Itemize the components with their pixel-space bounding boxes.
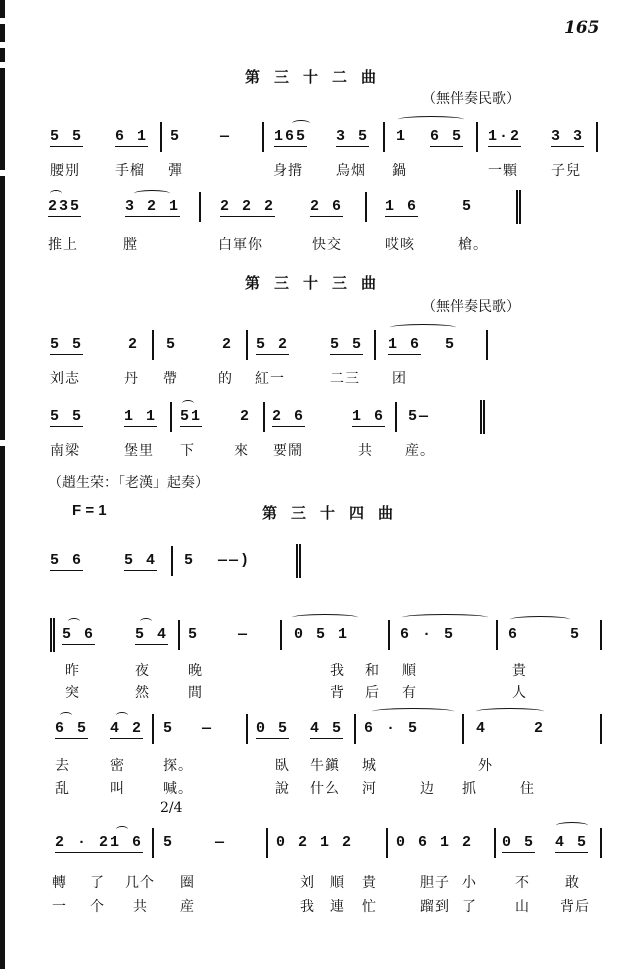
- barline: [246, 330, 248, 360]
- dash: —: [202, 720, 213, 737]
- lyric: 貴: [362, 872, 377, 892]
- note-with-fermata: 5: [462, 198, 473, 215]
- lyric: 一: [52, 896, 67, 916]
- page-number: 165: [564, 18, 600, 38]
- note-group: 6 5: [430, 128, 463, 147]
- slur: [50, 190, 62, 197]
- note-group: 5 4: [124, 552, 157, 571]
- note-group: 165: [274, 128, 307, 147]
- lyric: 烏烟: [336, 160, 366, 180]
- note-group: 5 5: [330, 336, 363, 355]
- dash: —: [220, 128, 231, 145]
- lyric: 我: [300, 896, 315, 916]
- lyric: 不: [515, 872, 530, 892]
- edge-gap: [0, 42, 5, 48]
- note-group: 3 3: [551, 128, 584, 147]
- note: 2: [222, 336, 233, 353]
- lyric: 背: [330, 682, 345, 702]
- lyric: 連: [330, 896, 345, 916]
- note-group: 0 5 1: [294, 626, 349, 643]
- lyric: 産。: [405, 440, 435, 460]
- barline: [171, 546, 173, 576]
- lyric: 人: [512, 682, 527, 702]
- barline: [374, 330, 376, 360]
- note: 5: [188, 626, 199, 643]
- barline: [462, 714, 464, 744]
- note: 6: [508, 626, 519, 643]
- barline: [395, 402, 397, 432]
- barline: [266, 828, 268, 858]
- notation-line: 235 3 2 1 2 2 2 2 6 1 6 5: [0, 198, 640, 228]
- barline: [600, 828, 602, 858]
- note-group: 0 5: [256, 720, 289, 739]
- lyric: 堡里: [124, 440, 154, 460]
- lyric: 城: [362, 755, 377, 775]
- lyric: 要鬧: [273, 440, 303, 460]
- lyric: 胆子: [420, 872, 450, 892]
- lyric: 的: [218, 368, 233, 388]
- note-group: 0 5: [502, 834, 535, 853]
- final-barline: [296, 544, 301, 578]
- note-group: 1 6: [388, 336, 421, 355]
- barline: [263, 402, 265, 432]
- notation-line: 5 5 6 1 5 — 165 3 5 1 6 5 1·2 3 3: [0, 128, 640, 158]
- lyric: 后: [365, 682, 380, 702]
- song-subtitle: （無伴奏民歌）: [422, 88, 520, 108]
- note-group: 1: [396, 128, 407, 145]
- note-group: 0 2 1 2: [276, 834, 353, 851]
- song-title: 第三十三曲: [245, 272, 390, 293]
- notation-line: 2 · 2 1 6 5 — 0 2 1 2 0 6 1 2 0 5 4 5: [0, 834, 640, 864]
- slur: [476, 708, 544, 715]
- notation-line: 5 5 1 1 51 2 2 6 1 6 5—: [0, 408, 640, 438]
- lyric: 探。: [163, 755, 193, 775]
- note-group: 3 2 1: [125, 198, 180, 217]
- edge-gap: [0, 170, 5, 176]
- slur: [134, 190, 170, 197]
- note-group: 5 5: [50, 408, 83, 427]
- notation-line: 5 6 5 4 5 ——): [0, 552, 640, 582]
- lyric: 乱: [55, 778, 70, 798]
- dash: ——): [218, 552, 251, 569]
- lyric: 敢: [565, 872, 580, 892]
- final-barline: [516, 190, 521, 224]
- dash: —: [238, 626, 249, 643]
- barline: [152, 714, 154, 744]
- lyric: 刘: [300, 872, 315, 892]
- note-group: 3 5: [336, 128, 369, 147]
- note-with-dash: 5—: [408, 408, 430, 425]
- barline: [280, 620, 282, 650]
- note-group: 5 6: [50, 552, 83, 571]
- edge-gap: [0, 440, 5, 446]
- lyric: 腰別: [50, 160, 80, 180]
- lyric: 哎咳: [385, 234, 415, 254]
- lyric: 和: [365, 660, 380, 680]
- lyric: 丹: [124, 368, 139, 388]
- lyric: 南梁: [50, 440, 80, 460]
- lyric: 彈: [168, 160, 183, 180]
- lyric: 圈: [180, 872, 195, 892]
- key-signature: F = 1: [72, 502, 107, 519]
- lyric: 手榴: [115, 160, 145, 180]
- note-group: 1 1: [124, 408, 157, 427]
- song-title: 第三十四曲: [262, 502, 407, 523]
- lyric: 共: [133, 896, 148, 916]
- note-group: 6 · 5: [400, 626, 455, 643]
- note-group: 2 2 2: [220, 198, 275, 217]
- repeat-start-barline: [50, 618, 55, 652]
- lyric: 轉: [52, 872, 67, 892]
- slur: [60, 712, 72, 719]
- barline: [476, 122, 478, 152]
- lyric: 叫: [110, 778, 125, 798]
- note-group: 5 6: [62, 626, 95, 645]
- note: 5: [445, 336, 456, 353]
- note-group: 5 5: [50, 128, 83, 147]
- lyric: 河: [362, 778, 377, 798]
- note-group: 1·2: [488, 128, 521, 147]
- barline: [160, 122, 162, 152]
- note-group: 6 1: [115, 128, 148, 147]
- barline: [170, 402, 172, 432]
- note-group: 5 4: [135, 626, 168, 645]
- performer-note: （趙生荣：「老漢」起奏）: [48, 472, 209, 492]
- note-group: 5 2: [256, 336, 289, 355]
- lyric: 子兒: [551, 160, 581, 180]
- note-group: 1 6: [385, 198, 418, 217]
- lyric: 有: [402, 682, 417, 702]
- barline: [199, 192, 201, 222]
- lyric: 來: [234, 440, 249, 460]
- barline: [383, 122, 385, 152]
- lyric: 边: [420, 778, 435, 798]
- lyric: 什么: [310, 778, 340, 798]
- lyric: 身揹: [273, 160, 303, 180]
- barline: [262, 122, 264, 152]
- lyric: 順: [402, 660, 417, 680]
- lyric: 下: [180, 440, 195, 460]
- note: 5: [163, 834, 174, 851]
- song-subtitle: （無伴奏民歌）: [422, 296, 520, 316]
- note: 2: [534, 720, 545, 737]
- note: 5: [163, 720, 174, 737]
- slur: [68, 618, 80, 625]
- lyric: 刘志: [50, 368, 80, 388]
- lyric: 順: [330, 872, 345, 892]
- lyric: 晚: [188, 660, 203, 680]
- lyric: 了: [90, 872, 105, 892]
- lyric: 喊。: [163, 778, 193, 798]
- lyric: 貴: [512, 660, 527, 680]
- lyric: 膛: [123, 234, 138, 254]
- note-group: 6 5: [55, 720, 88, 739]
- lyric: 住: [520, 778, 535, 798]
- barline: [178, 620, 180, 650]
- notation-line: 6 5 4 2 5 — 0 5 4 5 6 · 5 4 2: [0, 720, 640, 750]
- edge-gap: [0, 62, 5, 68]
- dash: —: [215, 834, 226, 851]
- barline: [600, 714, 602, 744]
- slur: [402, 614, 488, 621]
- lyric: 白軍你: [218, 234, 263, 254]
- lyric: 一顆: [488, 160, 518, 180]
- note-group: 51: [180, 408, 202, 427]
- time-signature: 2/4: [160, 800, 183, 816]
- lyric: 說: [275, 778, 290, 798]
- notation-line: 5 5 2 5 2 5 2 5 5 1 6 5: [0, 336, 640, 366]
- barline: [246, 714, 248, 744]
- slur: [116, 712, 128, 719]
- slur: [390, 324, 456, 331]
- note: 5: [570, 626, 581, 643]
- lyric: 鍋: [392, 160, 407, 180]
- tie: [510, 616, 570, 623]
- note-group: 2 · 2: [55, 834, 110, 853]
- note-group: 5 5: [50, 336, 83, 355]
- lyric: 共: [358, 440, 373, 460]
- note-group: 1 6: [110, 834, 143, 853]
- slur: [398, 116, 464, 123]
- lyric: 槍。: [458, 234, 488, 254]
- slur: [372, 708, 454, 715]
- slur: [116, 826, 128, 833]
- slur: [292, 614, 358, 621]
- lyric: 間: [188, 682, 203, 702]
- lyric: 去: [55, 755, 70, 775]
- lyric: 推上: [48, 234, 78, 254]
- barline: [388, 620, 390, 650]
- note-group: 5: [170, 128, 181, 145]
- barline: [354, 714, 356, 744]
- lyric: 蹓到: [420, 896, 450, 916]
- note: 2: [128, 336, 139, 353]
- final-barline: [480, 400, 485, 434]
- lyric: 産: [180, 896, 195, 916]
- lyric: 外: [478, 755, 493, 775]
- note-group: 0 6 1 2: [396, 834, 473, 851]
- lyric: 个: [90, 896, 105, 916]
- barline: [494, 828, 496, 858]
- lyric: 紅一: [255, 368, 285, 388]
- note-group: 235: [48, 198, 81, 217]
- lyric: 快交: [312, 234, 342, 254]
- lyric: 臥: [275, 755, 290, 775]
- note: 5: [166, 336, 177, 353]
- lyric: 夜: [135, 660, 150, 680]
- barline: [386, 828, 388, 858]
- lyric: 密: [110, 755, 125, 775]
- barline: [596, 122, 598, 152]
- slur: [182, 400, 194, 407]
- barline: [600, 620, 602, 650]
- lyric: 牛鎭: [310, 755, 340, 775]
- lyric: 昨: [65, 660, 80, 680]
- barline: [486, 330, 488, 360]
- lyric: 帶: [163, 368, 178, 388]
- song-title: 第三十二曲: [245, 66, 390, 87]
- note-group: 2 6: [272, 408, 305, 427]
- lyric: 忙: [362, 896, 377, 916]
- note-group: 6 · 5: [364, 720, 419, 737]
- note: 2: [240, 408, 251, 425]
- slur: [292, 120, 310, 127]
- slur: [556, 822, 588, 829]
- notation-line: 5 6 5 4 5 — 0 5 1 6 · 5 6 5: [0, 626, 640, 656]
- lyric: 二三: [330, 368, 360, 388]
- lyric: 抓: [462, 778, 477, 798]
- note-group: 4 5: [555, 834, 588, 853]
- note-group: 2 6: [310, 198, 343, 217]
- lyric: 突: [65, 682, 80, 702]
- note: 4: [476, 720, 487, 737]
- lyric: 然: [135, 682, 150, 702]
- lyric: 团: [392, 368, 407, 388]
- barline: [365, 192, 367, 222]
- lyric: 背后: [560, 896, 590, 916]
- lyric: 小: [462, 872, 477, 892]
- barline: [152, 330, 154, 360]
- note: 5: [184, 552, 195, 569]
- note-group: 4 2: [110, 720, 143, 739]
- barline: [496, 620, 498, 650]
- lyric: 我: [330, 660, 345, 680]
- barline: [152, 828, 154, 858]
- slur: [140, 618, 152, 625]
- note-group: 1 6: [352, 408, 385, 427]
- note-group: 4 5: [310, 720, 343, 739]
- lyric: 了: [462, 896, 477, 916]
- lyric: 山: [515, 896, 530, 916]
- edge-gap: [0, 18, 5, 24]
- lyric: 几个: [125, 872, 155, 892]
